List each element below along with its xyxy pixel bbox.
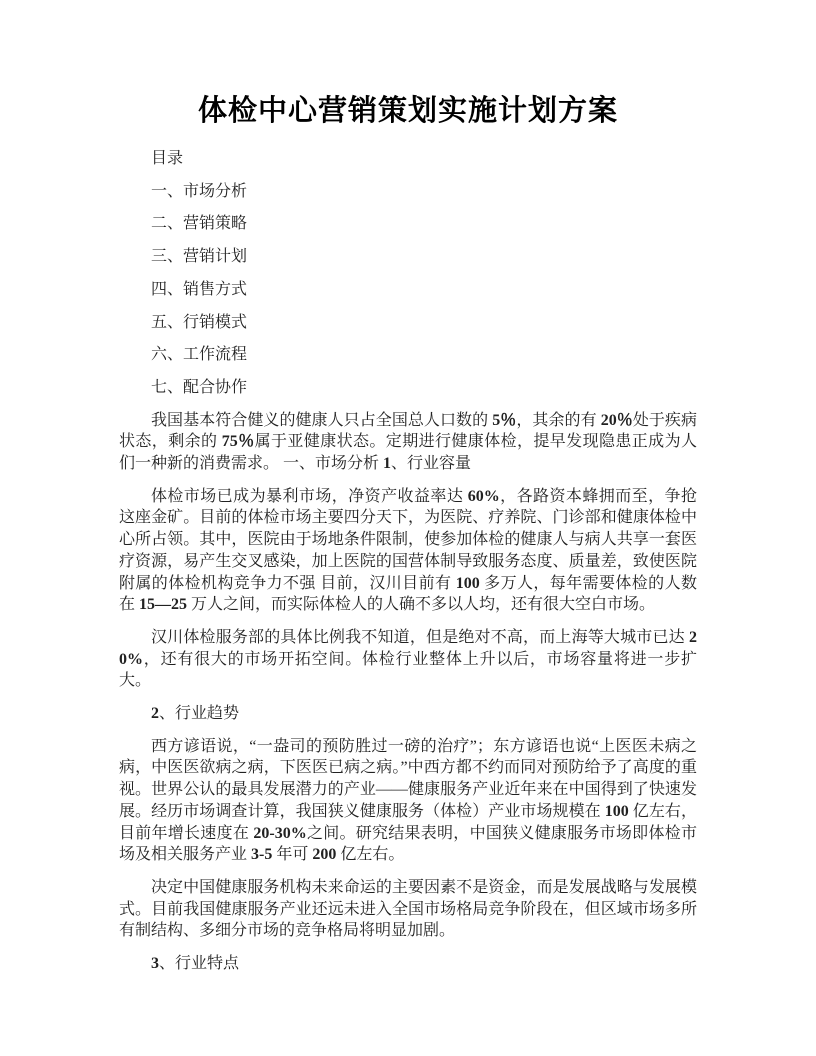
toc-item-1: 一、市场分析 (119, 181, 697, 203)
paragraph-development-strategy: 决定中国健康服务机构未来命运的主要因素不是资金，而是发展战略与发展模式。目前我国… (119, 877, 697, 942)
paragraph-industry-trend: 西方谚语说，“一盎司的预防胜过一磅的治疗”；东方谚语也说“上医医未病之病，中医医… (119, 736, 697, 866)
heading-industry-trend: 2、行业趋势 (119, 703, 697, 725)
text-run: 体检市场已成为暴利市场，净资产收益率达 (151, 488, 468, 505)
document-body: 我国基本符合健义的健康人只占全国总人口数的 5％，其余的有 20％处于疾病状态，… (119, 410, 697, 975)
table-of-contents: 一、市场分析二、营销策略三、营销计划四、销售方式五、行销模式六、工作流程七、配合… (119, 181, 697, 399)
text-run: ，还有很大的市场开拓空间。体检行业整体上升以后，市场容量将进一步扩大。 (119, 651, 697, 690)
bold-number: 3 (151, 955, 159, 972)
bold-number: 5％ (492, 412, 516, 429)
text-run: 、行业容量 (391, 455, 471, 472)
text-run: 汉川体检服务部的具体比例我不知道，但是绝对不高，而上海等大城市已达 (151, 629, 689, 646)
toc-item-7: 七、配合协作 (119, 377, 697, 399)
text-run: 、行业特点 (159, 955, 239, 972)
bold-number: 60% (468, 488, 500, 505)
bold-number: 20％ (601, 412, 633, 429)
paragraph-industry-capacity: 体检市场已成为暴利市场，净资产收益率达 60%，各路资本蜂拥而至，争抢这座金矿。… (119, 486, 697, 616)
text-run: 决定中国健康服务机构未来命运的主要因素不是资金，而是发展战略与发展模式。目前我国… (119, 879, 697, 939)
heading-industry-features: 3、行业特点 (119, 953, 697, 975)
document-page: 体检中心营销策划实施计划方案 目录 一、市场分析二、营销策略三、营销计划四、销售… (0, 0, 816, 1056)
bold-number: 15—25 (139, 596, 187, 613)
bold-number: 3-5 (251, 846, 272, 863)
document-title: 体检中心营销策划实施计划方案 (119, 90, 697, 132)
text-run: 、行业趋势 (159, 705, 239, 722)
text-run: ，其余的有 (516, 412, 600, 429)
toc-heading: 目录 (119, 148, 697, 170)
bold-number: 75％ (222, 433, 255, 450)
text-run: 我国基本符合健义的健康人只占全国总人口数的 (151, 412, 492, 429)
toc-item-2: 二、营销策略 (119, 213, 697, 235)
toc-item-6: 六、工作流程 (119, 344, 697, 366)
bold-number: 20-30% (253, 825, 306, 842)
toc-item-4: 四、销售方式 (119, 279, 697, 301)
bold-number: 2 (151, 705, 159, 722)
text-run: 年可 (272, 846, 312, 863)
paragraph-health-overview: 我国基本符合健义的健康人只占全国总人口数的 5％，其余的有 20％处于疾病状态，… (119, 410, 697, 475)
text-run: 万人之间，而实际体检人的人确不多以人均，还有很大空白市场。 (187, 596, 655, 613)
paragraph-hanchuan-market: 汉川体检服务部的具体比例我不知道，但是绝对不高，而上海等大城市已达 20%，还有… (119, 627, 697, 692)
bold-number: 1 (383, 455, 391, 472)
bold-number: 200 (312, 846, 336, 863)
toc-item-3: 三、营销计划 (119, 246, 697, 268)
toc-item-5: 五、行销模式 (119, 312, 697, 334)
bold-number: 100 (456, 575, 480, 592)
text-run: 亿左右。 (336, 846, 404, 863)
bold-number: 100 (605, 803, 629, 820)
